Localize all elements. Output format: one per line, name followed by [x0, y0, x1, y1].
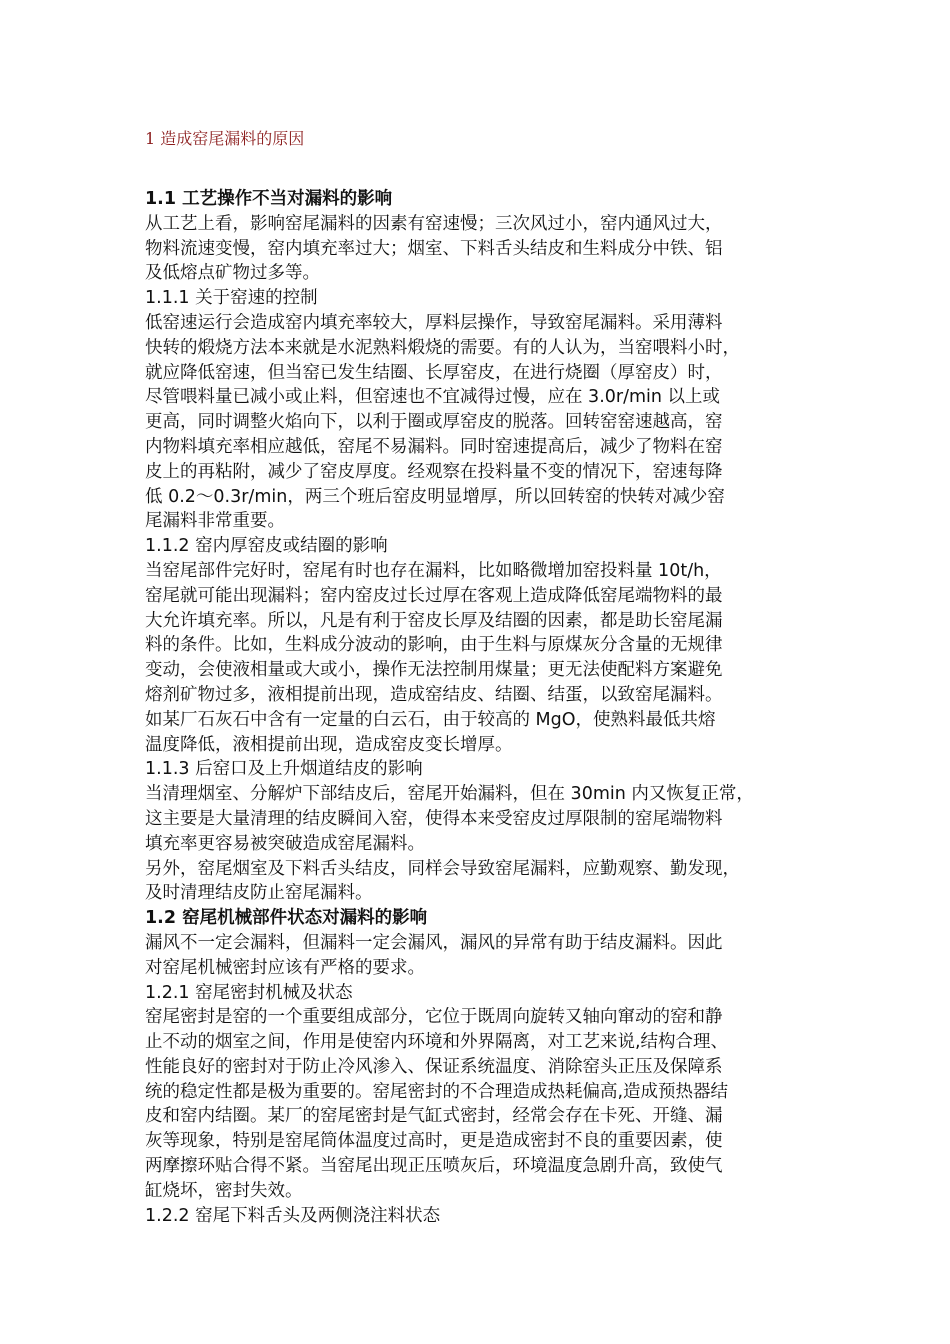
paragraph: 窑尾密封是窑的一个重要组成部分，它位于既周向旋转又轴向窜动的窑和静止不动的烟室之… [145, 1005, 825, 1203]
text-line: 止不动的烟室之间，作用是使窑内环境和外界隔离，对工艺来说,结构合理、 [145, 1030, 825, 1055]
text-line: 两摩擦环贴合得不紧。当窑尾出现正压喷灰后，环境温度急剧升高，致使气 [145, 1154, 825, 1179]
subsubsection-heading: 1.1.3 后窑口及上升烟道结皮的影响 [145, 757, 825, 782]
subsubsection-heading: 1.1.2 窑内厚窑皮或结圈的影响 [145, 534, 825, 559]
text-line: 灰等现象，特别是窑尾筒体温度过高时，更是造成密封不良的重要因素，使 [145, 1129, 825, 1154]
subsubsection-heading: 1.2.1 窑尾密封机械及状态 [145, 981, 825, 1006]
text-line: 漏风不一定会漏料，但漏料一定会漏风，漏风的异常有助于结皮漏料。因此 [145, 931, 825, 956]
text-line: 快转的煅烧方法本来就是水泥熟料煅烧的需要。有的人认为，当窑喂料小时， [145, 336, 825, 361]
paragraph: 另外，窑尾烟室及下料舌头结皮，同样会导致窑尾漏料，应勤观察、勤发现，及时清理结皮… [145, 857, 825, 907]
paragraph: 从工艺上看，影响窑尾漏料的因素有窑速慢；三次风过小，窑内通风过大，物料流速变慢，… [145, 212, 825, 286]
text-line: 另外，窑尾烟室及下料舌头结皮，同样会导致窑尾漏料，应勤观察、勤发现， [145, 857, 825, 882]
section-heading: 1 造成窑尾漏料的原因 [145, 127, 825, 151]
subsection-heading: 1.1 工艺操作不当对漏料的影响 [145, 187, 825, 212]
text-line: 这主要是大量清理的结皮瞬间入窑，使得本来受窑皮过厚限制的窑尾端物料 [145, 807, 825, 832]
text-line: 低窑速运行会造成窑内填充率较大，厚料层操作，导致窑尾漏料。采用薄料 [145, 311, 825, 336]
text-line: 窑尾就可能出现漏料；窑内窑皮过长过厚在客观上造成降低窑尾端物料的最 [145, 584, 825, 609]
text-line: 低 0.2～0.3r/min，两三个班后窑皮明显增厚，所以回转窑的快转对减少窑 [145, 485, 825, 510]
text-line: 尽管喂料量已减小或止料，但窑速也不宜减得过慢，应在 3.0r/min 以上或 [145, 385, 825, 410]
subsection-heading: 1.2 窑尾机械部件状态对漏料的影响 [145, 906, 825, 931]
text-line: 料的条件。比如，生料成分波动的影响，由于生料与原煤灰分含量的无规律 [145, 633, 825, 658]
text-line: 更高，同时调整火焰向下，以利于圈或厚窑皮的脱落。回转窑窑速越高，窑 [145, 410, 825, 435]
text-line: 及时清理结皮防止窑尾漏料。 [145, 881, 825, 906]
text-line: 皮和窑内结圈。某厂的窑尾密封是气缸式密封，经常会存在卡死、开缝、漏 [145, 1104, 825, 1129]
text-line: 窑尾密封是窑的一个重要组成部分，它位于既周向旋转又轴向窜动的窑和静 [145, 1005, 825, 1030]
text-line: 皮上的再粘附，减少了窑皮厚度。经观察在投料量不变的情况下，窑速每降 [145, 460, 825, 485]
text-line: 及低熔点矿物过多等。 [145, 261, 825, 286]
text-line: 性能良好的密封对于防止冷风渗入、保证系统温度、消除窑头正压及保障系 [145, 1055, 825, 1080]
text-line: 内物料填充率相应越低，窑尾不易漏料。同时窑速提高后，减少了物料在窑 [145, 435, 825, 460]
text-line: 温度降低，液相提前出现，造成窑皮变长增厚。 [145, 733, 825, 758]
text-line: 从工艺上看，影响窑尾漏料的因素有窑速慢；三次风过小，窑内通风过大， [145, 212, 825, 237]
text-line: 当窑尾部件完好时，窑尾有时也存在漏料，比如略微增加窑投料量 10t/h， [145, 559, 825, 584]
document-page: 1 造成窑尾漏料的原因 1.1 工艺操作不当对漏料的影响从工艺上看，影响窑尾漏料… [145, 127, 825, 1228]
text-line: 统的稳定性都是极为重要的。窑尾密封的不合理造成热耗偏高,造成预热器结 [145, 1080, 825, 1105]
text-line: 缸烧坏，密封失效。 [145, 1179, 825, 1204]
text-line: 如某厂石灰石中含有一定量的白云石，由于较高的 MgO，使熟料最低共熔 [145, 708, 825, 733]
subsubsection-heading: 1.2.2 窑尾下料舌头及两侧浇注料状态 [145, 1204, 825, 1229]
paragraph: 当窑尾部件完好时，窑尾有时也存在漏料，比如略微增加窑投料量 10t/h，窑尾就可… [145, 559, 825, 757]
text-line: 物料流速变慢，窑内填充率过大；烟室、下料舌头结皮和生料成分中铁、铝 [145, 237, 825, 262]
paragraph: 低窑速运行会造成窑内填充率较大，厚料层操作，导致窑尾漏料。采用薄料快转的煅烧方法… [145, 311, 825, 534]
document-body: 1.1 工艺操作不当对漏料的影响从工艺上看，影响窑尾漏料的因素有窑速慢；三次风过… [145, 187, 825, 1228]
text-line: 就应降低窑速，但当窑已发生结圈、长厚窑皮，在进行烧圈（厚窑皮）时， [145, 361, 825, 386]
text-line: 尾漏料非常重要。 [145, 509, 825, 534]
text-line: 大允许填充率。所以，凡是有利于窑皮长厚及结圈的因素，都是助长窑尾漏 [145, 609, 825, 634]
text-line: 当清理烟室、分解炉下部结皮后，窑尾开始漏料，但在 30min 内又恢复正常， [145, 782, 825, 807]
text-line: 填充率更容易被突破造成窑尾漏料。 [145, 832, 825, 857]
subsubsection-heading: 1.1.1 关于窑速的控制 [145, 286, 825, 311]
text-line: 熔剂矿物过多，液相提前出现，造成窑结皮、结圈、结蛋，以致窑尾漏料。 [145, 683, 825, 708]
paragraph: 漏风不一定会漏料，但漏料一定会漏风，漏风的异常有助于结皮漏料。因此对窑尾机械密封… [145, 931, 825, 981]
text-line: 变动，会使液相量或大或小，操作无法控制用煤量；更无法使配料方案避免 [145, 658, 825, 683]
text-line: 对窑尾机械密封应该有严格的要求。 [145, 956, 825, 981]
paragraph: 当清理烟室、分解炉下部结皮后，窑尾开始漏料，但在 30min 内又恢复正常，这主… [145, 782, 825, 856]
